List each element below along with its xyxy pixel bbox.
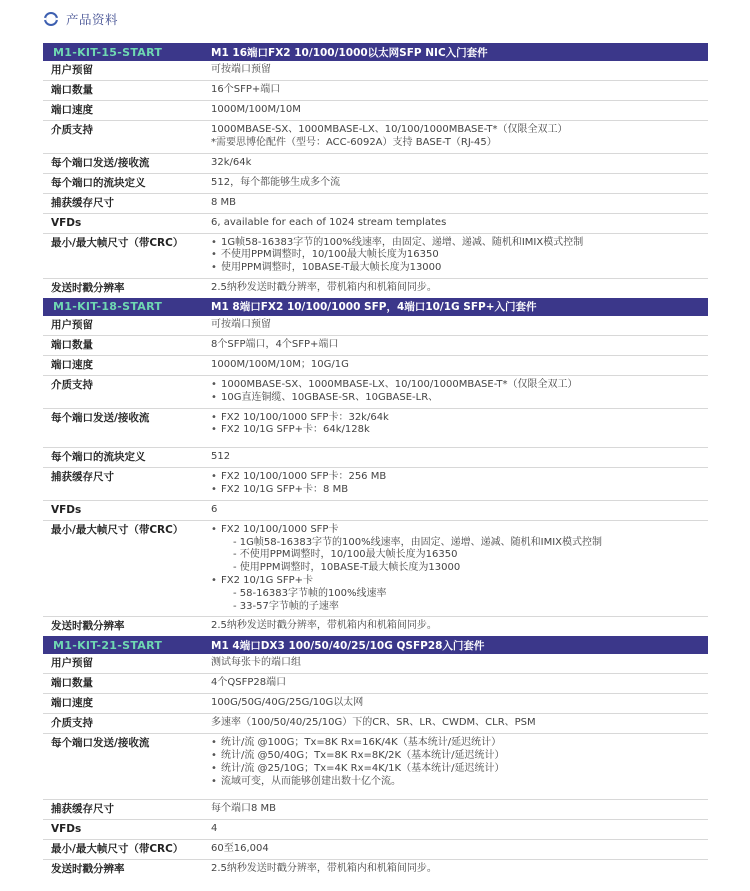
value-text: 1000MBASE-SX、1000MBASE-LX、10/100/1000MBA… bbox=[211, 124, 708, 137]
value-list-item: 1000MBASE-SX、1000MBASE-LX、10/100/1000MBA… bbox=[211, 379, 708, 392]
spec-row: VFDs6 bbox=[43, 501, 708, 521]
spec-label: 介质支持 bbox=[43, 121, 211, 140]
spec-row: 捕获缓存尺寸FX2 10/100/1000 SFP卡：256 MBFX2 10/… bbox=[43, 468, 708, 501]
value-list-item: 1G帧58-16383字节的100%线速率，由固定、递增、递减、随机和IMIX模… bbox=[211, 237, 708, 250]
spec-value: 每个端口8 MB bbox=[211, 800, 708, 819]
value-text: 多速率（100/50/40/25/10G）下的CR、SR、LR、CWDM、CLR… bbox=[211, 717, 708, 730]
spec-label: 用户预留 bbox=[43, 61, 211, 80]
spec-row: 端口数量16个SFP+端口 bbox=[43, 81, 708, 101]
value-text: 8个SFP端口，4个SFP+端口 bbox=[211, 339, 708, 352]
spec-value: 1000MBASE-SX、1000MBASE-LX、10/100/1000MBA… bbox=[211, 376, 708, 408]
model-description: M1 8端口FX2 10/100/1000 SFP，4端口10/1G SFP+入… bbox=[211, 299, 708, 314]
spec-row: 每个端口发送/接收流统计/流 @100G；Tx=8K Rx=16K/4K（基本统… bbox=[43, 734, 708, 799]
value-text: 4 bbox=[211, 823, 708, 836]
spec-label: 发送时戳分辨率 bbox=[43, 279, 211, 298]
value-text: 60至16,004 bbox=[211, 843, 708, 856]
value-list-item: 不使用PPM调整时，10/100最大帧长度为16350 bbox=[211, 549, 708, 562]
spec-value: 1000M/100M/10M；10G/1G bbox=[211, 356, 708, 375]
value-list-item: FX2 10/100/1000 SFP卡：32k/64k bbox=[211, 412, 708, 425]
spec-value: 6, available for each of 1024 stream tem… bbox=[211, 214, 708, 233]
value-text: 2.5纳秒发送时戳分辨率，带机箱内和机箱间同步。 bbox=[211, 620, 708, 633]
spec-value: FX2 10/100/1000 SFP卡1G帧58-16383字节的100%线速… bbox=[211, 521, 708, 617]
value-list-item: FX2 10/1G SFP+卡：8 MB bbox=[211, 484, 708, 497]
spec-row: 每个端口发送/接收流32k/64k bbox=[43, 154, 708, 174]
page-title: 产品资料 bbox=[66, 10, 118, 28]
spec-label: VFDs bbox=[43, 820, 211, 839]
spec-label: 端口速度 bbox=[43, 101, 211, 120]
spec-value: 测试每张卡的端口组 bbox=[211, 654, 708, 673]
spec-value: 6 bbox=[211, 501, 708, 520]
value-text: 每个端口8 MB bbox=[211, 803, 708, 816]
spec-value: 512 bbox=[211, 448, 708, 467]
value-text: *需要思博伦配件（型号：ACC-6092A）支持 BASE-T（RJ-45） bbox=[211, 137, 708, 150]
spec-value: 统计/流 @100G；Tx=8K Rx=16K/4K（基本统计/延迟统计）统计/… bbox=[211, 734, 708, 798]
spec-label: 最小/最大帧尺寸（带CRC） bbox=[43, 840, 211, 859]
spec-row: 每个端口的流块定义512 bbox=[43, 448, 708, 468]
value-list-item: 统计/流 @50/40G；Tx=8K Rx=8K/2K（基本统计/延迟统计） bbox=[211, 750, 708, 763]
spec-value: 32k/64k bbox=[211, 154, 708, 173]
value-text: 512 bbox=[211, 451, 708, 464]
spec-row: 最小/最大帧尺寸（带CRC）60至16,004 bbox=[43, 840, 708, 860]
value-text: 2.5纳秒发送时戳分辨率，带机箱内和机箱间同步。 bbox=[211, 282, 708, 295]
value-text: 6, available for each of 1024 stream tem… bbox=[211, 217, 708, 230]
value-list-item: FX2 10/100/1000 SFP卡：256 MB bbox=[211, 471, 708, 484]
value-list-item: 统计/流 @100G；Tx=8K Rx=16K/4K（基本统计/延迟统计） bbox=[211, 737, 708, 750]
spec-value: 2.5纳秒发送时戳分辨率，带机箱内和机箱间同步。 bbox=[211, 617, 708, 636]
spec-label: 介质支持 bbox=[43, 714, 211, 733]
spec-table: M1-KIT-15-STARTM1 16端口FX2 10/100/1000以太网… bbox=[43, 43, 708, 879]
spec-label: 捕获缓存尺寸 bbox=[43, 800, 211, 819]
spec-label: 每个端口发送/接收流 bbox=[43, 409, 211, 428]
spec-value: 可按端口预留 bbox=[211, 61, 708, 80]
spec-label: VFDs bbox=[43, 214, 211, 233]
spec-row: 介质支持1000MBASE-SX、1000MBASE-LX、10/100/100… bbox=[43, 121, 708, 154]
value-list-item: 1G帧58-16383字节的100%线速率，由固定、递增、递减、随机和IMIX模… bbox=[211, 537, 708, 550]
spec-label: 用户预留 bbox=[43, 316, 211, 335]
section-header: M1-KIT-15-STARTM1 16端口FX2 10/100/1000以太网… bbox=[43, 43, 708, 61]
spec-label: 介质支持 bbox=[43, 376, 211, 395]
spec-row: 最小/最大帧尺寸（带CRC）FX2 10/100/1000 SFP卡1G帧58-… bbox=[43, 521, 708, 618]
spec-row: 发送时戳分辨率2.5纳秒发送时戳分辨率，带机箱内和机箱间同步。 bbox=[43, 617, 708, 636]
spec-label: 每个端口发送/接收流 bbox=[43, 154, 211, 173]
spec-label: 最小/最大帧尺寸（带CRC） bbox=[43, 521, 211, 540]
spec-value: 1000M/100M/10M bbox=[211, 101, 708, 120]
spec-label: 用户预留 bbox=[43, 654, 211, 673]
spec-row: 捕获缓存尺寸每个端口8 MB bbox=[43, 800, 708, 820]
spec-row: 端口速度100G/50G/40G/25G/10G以太网 bbox=[43, 694, 708, 714]
value-text: 测试每张卡的端口组 bbox=[211, 657, 708, 670]
spec-row: 端口数量4个QSFP28端口 bbox=[43, 674, 708, 694]
value-list-item: 不使用PPM调整时，10/100最大帧长度为16350 bbox=[211, 249, 708, 262]
spec-row: 介质支持多速率（100/50/40/25/10G）下的CR、SR、LR、CWDM… bbox=[43, 714, 708, 734]
spec-label: VFDs bbox=[43, 501, 211, 520]
spec-label: 端口数量 bbox=[43, 336, 211, 355]
value-text: 8 MB bbox=[211, 197, 708, 210]
spec-row: 发送时戳分辨率2.5纳秒发送时戳分辨率，带机箱内和机箱间同步。 bbox=[43, 279, 708, 298]
spec-label: 每个端口的流块定义 bbox=[43, 174, 211, 193]
value-text: 6 bbox=[211, 504, 708, 517]
value-text: 可按端口预留 bbox=[211, 319, 708, 332]
spec-value: 2.5纳秒发送时戳分辨率，带机箱内和机箱间同步。 bbox=[211, 279, 708, 298]
spec-label: 捕获缓存尺寸 bbox=[43, 468, 211, 487]
spec-label: 端口速度 bbox=[43, 356, 211, 375]
value-list-item: 使用PPM调整时，10BASE-T最大帧长度为13000 bbox=[211, 562, 708, 575]
value-text: 100G/50G/40G/25G/10G以太网 bbox=[211, 697, 708, 710]
spec-label: 端口速度 bbox=[43, 694, 211, 713]
spec-value: 512，每个都能够生成多个流 bbox=[211, 174, 708, 193]
spec-row: 用户预留可按端口预留 bbox=[43, 61, 708, 81]
spec-value: FX2 10/100/1000 SFP卡：256 MBFX2 10/1G SFP… bbox=[211, 468, 708, 500]
value-text: 1000M/100M/10M；10G/1G bbox=[211, 359, 708, 372]
spec-label: 端口数量 bbox=[43, 674, 211, 693]
spec-value: 可按端口预留 bbox=[211, 316, 708, 335]
value-list-item: FX2 10/1G SFP+卡 bbox=[211, 575, 708, 588]
value-text: 1000M/100M/10M bbox=[211, 104, 708, 117]
value-list-item: FX2 10/1G SFP+卡：64k/128k bbox=[211, 424, 708, 437]
model-number: M1-KIT-21-START bbox=[43, 639, 211, 652]
spec-label: 端口数量 bbox=[43, 81, 211, 100]
spec-row: VFDs4 bbox=[43, 820, 708, 840]
spec-value: 60至16,004 bbox=[211, 840, 708, 859]
spec-value: 100G/50G/40G/25G/10G以太网 bbox=[211, 694, 708, 713]
value-list-item: 58-16383字节帧的100%线速率 bbox=[211, 588, 708, 601]
spec-value: 1G帧58-16383字节的100%线速率，由固定、递增、递减、随机和IMIX模… bbox=[211, 234, 708, 278]
page-header: 产品资料 bbox=[43, 9, 118, 29]
value-text: 4个QSFP28端口 bbox=[211, 677, 708, 690]
spec-row: VFDs6, available for each of 1024 stream… bbox=[43, 214, 708, 234]
spec-value: 8 MB bbox=[211, 194, 708, 213]
spec-row: 端口速度1000M/100M/10M；10G/1G bbox=[43, 356, 708, 376]
spec-label: 最小/最大帧尺寸（带CRC） bbox=[43, 234, 211, 253]
section-header: M1-KIT-18-STARTM1 8端口FX2 10/100/1000 SFP… bbox=[43, 298, 708, 316]
model-number: M1-KIT-15-START bbox=[43, 46, 211, 59]
spec-row: 端口数量8个SFP端口，4个SFP+端口 bbox=[43, 336, 708, 356]
spec-label: 每个端口的流块定义 bbox=[43, 448, 211, 467]
spec-label: 每个端口发送/接收流 bbox=[43, 734, 211, 753]
model-description: M1 4端口DX3 100/50/40/25/10G QSFP28入门套件 bbox=[211, 638, 708, 653]
spec-row: 发送时戳分辨率2.5纳秒发送时戳分辨率，带机箱内和机箱间同步。 bbox=[43, 860, 708, 879]
spec-row: 用户预留测试每张卡的端口组 bbox=[43, 654, 708, 674]
value-list-item: 使用PPM调整时，10BASE-T最大帧长度为13000 bbox=[211, 262, 708, 275]
spec-row: 最小/最大帧尺寸（带CRC）1G帧58-16383字节的100%线速率，由固定、… bbox=[43, 234, 708, 279]
spec-value: 1000MBASE-SX、1000MBASE-LX、10/100/1000MBA… bbox=[211, 121, 708, 153]
value-list-item: 10G直连铜缆、10GBASE-SR、10GBASE-LR、 bbox=[211, 392, 708, 405]
spec-value: 8个SFP端口，4个SFP+端口 bbox=[211, 336, 708, 355]
spec-value: 4 bbox=[211, 820, 708, 839]
spec-row: 端口速度1000M/100M/10M bbox=[43, 101, 708, 121]
spec-label: 发送时戳分辨率 bbox=[43, 860, 211, 879]
value-text: 2.5纳秒发送时戳分辨率，带机箱内和机箱间同步。 bbox=[211, 863, 708, 876]
model-description: M1 16端口FX2 10/100/1000以太网SFP NIC入门套件 bbox=[211, 45, 708, 60]
spec-row: 用户预留可按端口预留 bbox=[43, 316, 708, 336]
spec-label: 发送时戳分辨率 bbox=[43, 617, 211, 636]
value-text: 32k/64k bbox=[211, 157, 708, 170]
spec-value: FX2 10/100/1000 SFP卡：32k/64kFX2 10/1G SF… bbox=[211, 409, 708, 448]
section-header: M1-KIT-21-STARTM1 4端口DX3 100/50/40/25/10… bbox=[43, 636, 708, 654]
value-list-item: 流域可变，从而能够创建出数十亿个流。 bbox=[211, 776, 708, 789]
value-text: 16个SFP+端口 bbox=[211, 84, 708, 97]
spec-value: 2.5纳秒发送时戳分辨率，带机箱内和机箱间同步。 bbox=[211, 860, 708, 879]
value-text: 可按端口预留 bbox=[211, 64, 708, 77]
spec-value: 16个SFP+端口 bbox=[211, 81, 708, 100]
spec-label: 捕获缓存尺寸 bbox=[43, 194, 211, 213]
spec-row: 每个端口的流块定义512，每个都能够生成多个流 bbox=[43, 174, 708, 194]
value-list-item: 33-57字节帧的子速率 bbox=[211, 601, 708, 614]
value-list-item: 统计/流 @25/10G；Tx=4K Rx=4K/1K（基本统计/延迟统计） bbox=[211, 763, 708, 776]
value-text: 512，每个都能够生成多个流 bbox=[211, 177, 708, 190]
model-number: M1-KIT-18-START bbox=[43, 300, 211, 313]
refresh-circle-icon bbox=[43, 11, 59, 27]
spec-row: 捕获缓存尺寸8 MB bbox=[43, 194, 708, 214]
spec-row: 每个端口发送/接收流FX2 10/100/1000 SFP卡：32k/64kFX… bbox=[43, 409, 708, 449]
value-list-item: FX2 10/100/1000 SFP卡 bbox=[211, 524, 708, 537]
spec-value: 多速率（100/50/40/25/10G）下的CR、SR、LR、CWDM、CLR… bbox=[211, 714, 708, 733]
spec-value: 4个QSFP28端口 bbox=[211, 674, 708, 693]
spec-row: 介质支持1000MBASE-SX、1000MBASE-LX、10/100/100… bbox=[43, 376, 708, 409]
